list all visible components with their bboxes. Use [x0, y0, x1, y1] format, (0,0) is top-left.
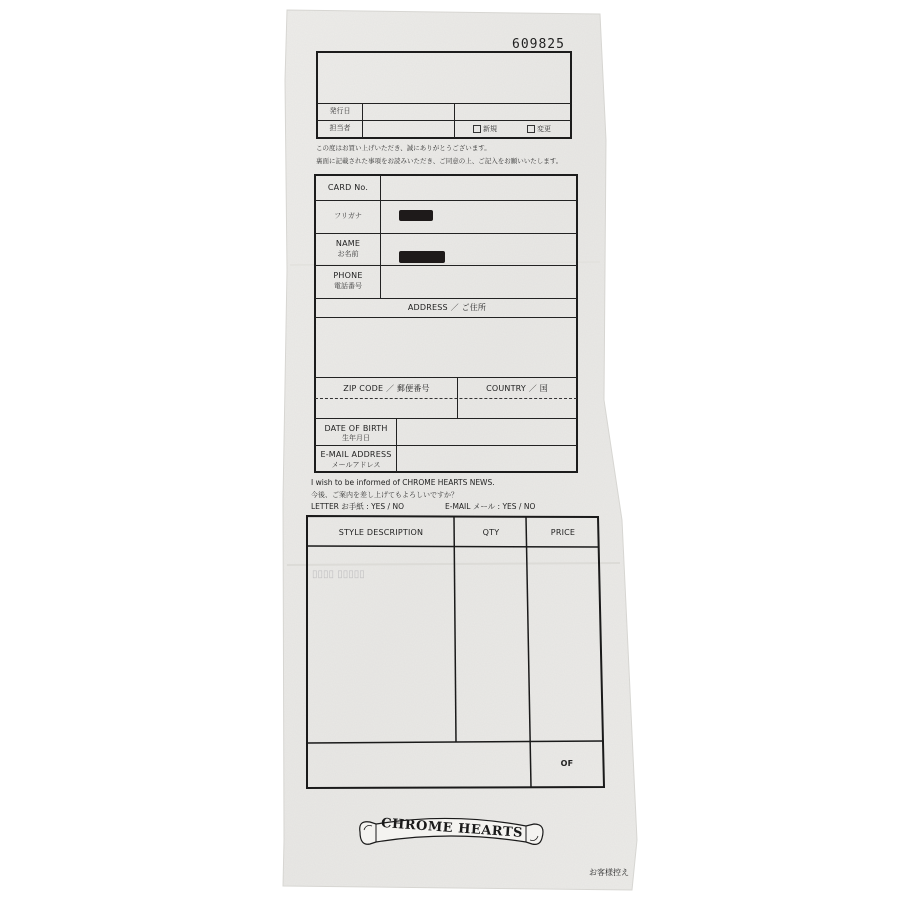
column-header-qty: QTY [456, 527, 526, 538]
bleed-through-text: ▯▯▯▯▯ ▯▯▯▯ [312, 569, 365, 580]
column-header-price: PRICE [528, 527, 598, 538]
chrome-hearts-logo: CHROME HEARTS [356, 812, 546, 852]
total-cell[interactable] [310, 745, 526, 785]
receipt-paper: 609825 発行日 担当者 新規 変更 この度はお買い上げいただき、誠にありが… [0, 0, 900, 900]
customer-copy-label: お客様控え [589, 867, 629, 878]
qty-cell[interactable] [457, 549, 525, 741]
column-header-style-description: STYLE DESCRIPTION [308, 527, 454, 538]
price-cell[interactable] [530, 549, 598, 741]
total-of-label: OF [532, 758, 602, 769]
